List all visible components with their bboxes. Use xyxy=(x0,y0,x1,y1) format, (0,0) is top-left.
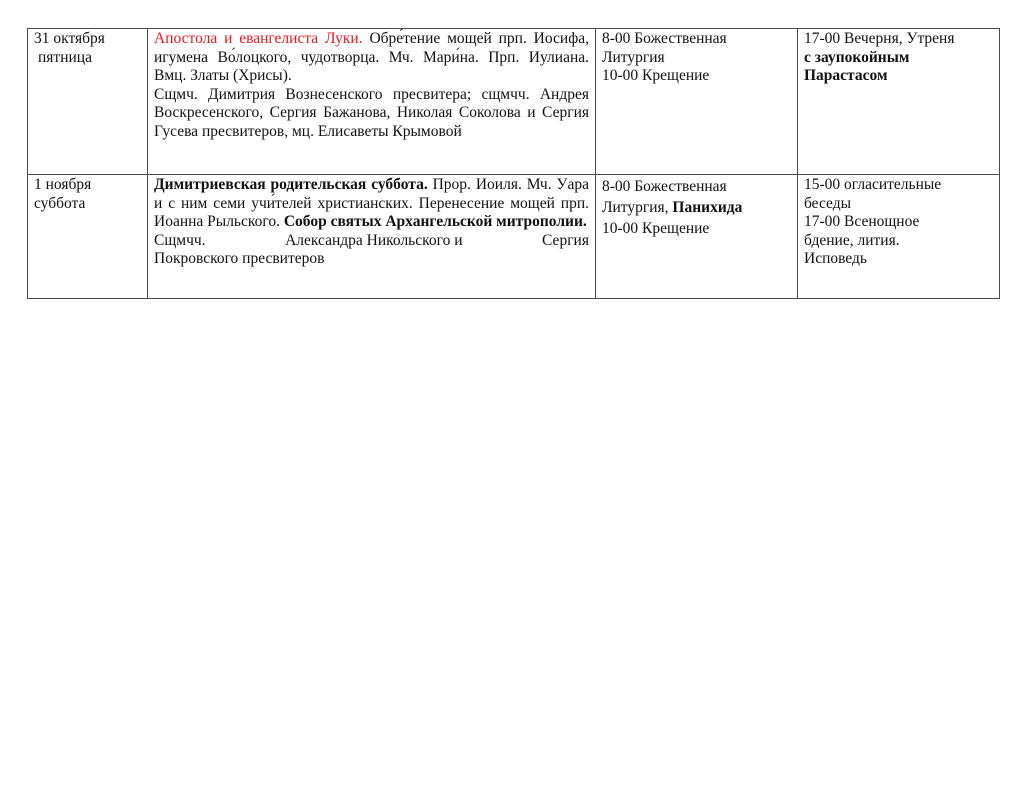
service-line-bold: Парастасом xyxy=(804,67,993,86)
table-row: 31 октября пятница Апостола и евангелист… xyxy=(28,29,1000,175)
schedule-table: 31 октября пятница Апостола и евангелист… xyxy=(27,28,1000,299)
date: 31 октября xyxy=(34,30,141,49)
feast-title: Апостола и евангелиста Луки. xyxy=(154,30,363,47)
service-line: 10-00 Крещение xyxy=(602,218,791,239)
service-line: Исповедь xyxy=(804,250,993,269)
saints-cell: Апостола и евангелиста Луки. Обре́тение … xyxy=(148,29,596,175)
martyrs-text: Покровского пресвитеров xyxy=(154,250,589,269)
table-row: 1 ноября суббота Димитриевская родительс… xyxy=(28,175,1000,299)
weekday: суббота xyxy=(34,195,141,214)
service-line: 8-00 Божественная xyxy=(602,176,791,197)
service-line: 17-00 Вечерня, Утреня xyxy=(804,30,993,49)
evening-services-cell: 17-00 Вечерня, Утреня с заупокойным Пара… xyxy=(798,29,1000,175)
martyrs-text: Сщмчч. xyxy=(154,232,206,251)
weekday: пятница xyxy=(34,49,141,68)
service-line: бдение, лития. xyxy=(804,232,993,251)
council-title: Собор святых Архангельской митрополии. xyxy=(284,213,587,230)
saints-cell: Димитриевская родительская суббота. Прор… xyxy=(148,175,596,299)
evening-services-cell: 15-00 огласительные беседы 17-00 Всенощн… xyxy=(798,175,1000,299)
morning-services-cell: 8-00 Божественная Литургия, Панихида 10-… xyxy=(596,175,798,299)
service-line: 8-00 Божественная xyxy=(602,30,791,49)
martyrs-text: Сергия xyxy=(542,232,589,251)
service-line: Литургия xyxy=(602,49,791,68)
martyrs-line: Сщмчч. Александра Никольского и Сергия xyxy=(154,232,589,251)
morning-services-cell: 8-00 Божественная Литургия 10-00 Крещени… xyxy=(596,29,798,175)
date-cell: 1 ноября суббота xyxy=(28,175,148,299)
service-line: беседы xyxy=(804,195,993,214)
service-line: 10-00 Крещение xyxy=(602,67,791,86)
date-cell: 31 октября пятница xyxy=(28,29,148,175)
service-text-bold: Панихида xyxy=(672,199,742,216)
service-text: Литургия, xyxy=(602,199,672,216)
feast-title: Димитриевская родительская суббота. xyxy=(154,176,428,193)
service-line: 17-00 Всенощное xyxy=(804,213,993,232)
martyrs-text: Сщмч. Димитрия Вознесенского пресвитера;… xyxy=(154,86,589,142)
date: 1 ноября xyxy=(34,176,141,195)
service-line: Литургия, Панихида xyxy=(602,197,791,218)
martyrs-text: Александра Никольского и xyxy=(285,232,462,251)
service-line: 15-00 огласительные xyxy=(804,176,993,195)
service-line-bold: с заупокойным xyxy=(804,49,993,68)
